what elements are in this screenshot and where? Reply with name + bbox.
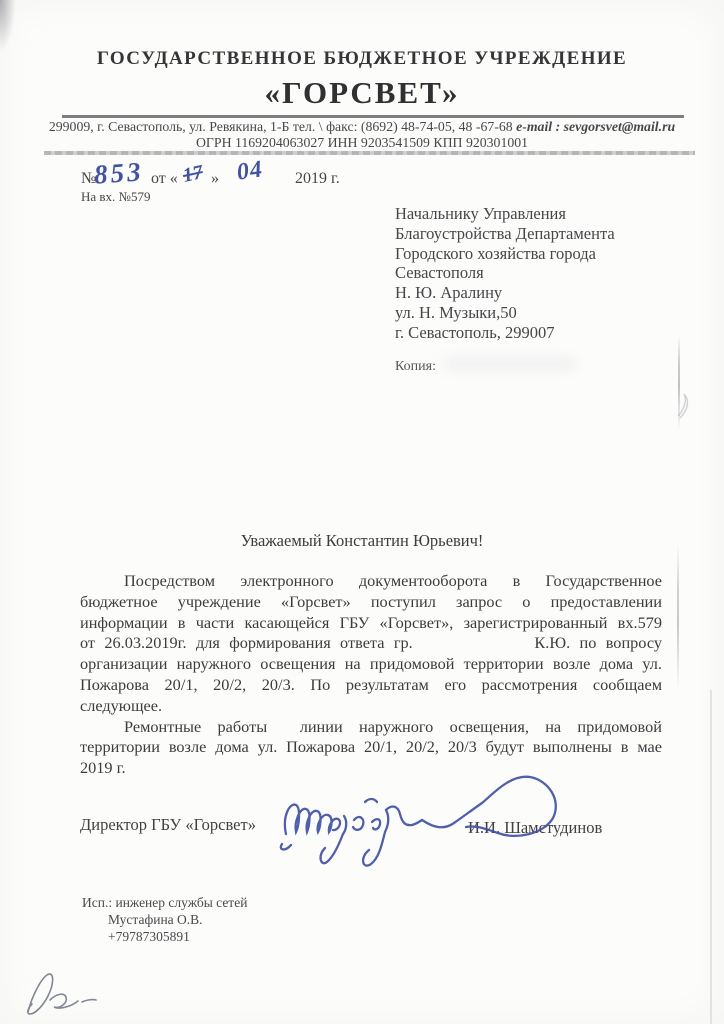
erased-text-smudge — [445, 356, 575, 372]
letterhead-rule-bottom — [44, 151, 695, 155]
incoming-reference: На вх. №579 — [81, 189, 150, 205]
body-line: информации в части касающейся ГБУ «Горсв… — [80, 613, 662, 634]
date-quote-close: » — [211, 170, 219, 188]
handwritten-month: 04 — [235, 156, 265, 186]
body-line: бюджетное учреждение «Горсвет» поступил … — [80, 592, 662, 613]
handwritten-signature — [272, 772, 572, 876]
org-type-line: ГОСУДАРСТВЕННОЕ БЮДЖЕТНОЕ УЧРЕЖДЕНИЕ — [0, 48, 724, 70]
date-from-label: от « — [151, 170, 178, 188]
body-line: следующее. — [80, 696, 662, 717]
executor-block: Исп.: инженер службы сетей Мустафина О.В… — [82, 894, 247, 945]
body-line: организации наружного освещения на придо… — [80, 654, 662, 675]
recipient-line: г. Севастополь, 299007 — [395, 323, 615, 343]
recipient-line: Н. Ю. Аралину — [395, 283, 615, 303]
body-line: территории возле дома ул. Пожарова 20/1,… — [80, 737, 662, 758]
address-text: 299009, г. Севастополь, ул. Ревякина, 1-… — [49, 119, 516, 134]
body-line: Посредством электронного документооборот… — [80, 571, 662, 592]
body-line: Ремонтные работы линии наружного освещен… — [80, 717, 662, 738]
recipient-line: Начальнику Управления — [395, 204, 615, 224]
scan-corner-smudge — [0, 0, 16, 52]
handwritten-outgoing-number: 853 — [93, 156, 145, 190]
body-line: Пожарова 20/1, 20/2, 20/3. По результата… — [80, 675, 662, 696]
executor-name: Мустафина О.В. — [82, 911, 247, 928]
executor-phone: +79787305891 — [82, 928, 247, 945]
copy-label: Копия: — [395, 359, 436, 375]
recipient-block: Начальнику Управления Благоустройства Де… — [395, 204, 615, 343]
letterhead: ГОСУДАРСТВЕННОЕ БЮДЖЕТНОЕ УЧРЕЖДЕНИЕ «ГО… — [0, 48, 724, 111]
letter-body: Посредством электронного документооборот… — [80, 571, 662, 779]
body-line: от 26.03.2019г. для формирования ответа … — [80, 633, 662, 654]
signer-position: Директор ГБУ «Горсвет» — [80, 815, 256, 835]
scanned-letter-page: ГОСУДАРСТВЕННОЕ БЮДЖЕТНОЕ УЧРЕЖДЕНИЕ «ГО… — [0, 0, 724, 1024]
recipient-line: Городского хозяйства города — [395, 244, 615, 264]
handwritten-mark-bottom-left — [18, 966, 128, 1022]
salutation: Уважаемый Константин Юрьевич! — [0, 531, 724, 551]
scan-artifact-line — [677, 545, 679, 690]
executor-label: Исп.: инженер службы сетей — [82, 894, 247, 911]
scan-artifact-hook — [676, 388, 696, 424]
letterhead-address: 299009, г. Севастополь, ул. Ревякина, 1-… — [0, 119, 724, 135]
scan-edge-line — [710, 690, 712, 1024]
org-name: «ГОРСВЕТ» — [0, 75, 724, 111]
letterhead-rule-top — [62, 115, 684, 118]
email-text: e-mail : sevgorsvet@mail.ru — [516, 119, 675, 134]
recipient-line: Благоустройства Департамента — [395, 224, 615, 244]
date-year: 2019 г. — [295, 170, 340, 188]
recipient-line: ул. Н. Музыки,50 — [395, 303, 615, 323]
handwritten-day: 17 — [181, 161, 205, 188]
letterhead-registration: ОГРН 1169204063027 ИНН 9203541509 КПП 92… — [0, 135, 724, 151]
recipient-line: Севастополя — [395, 263, 615, 283]
